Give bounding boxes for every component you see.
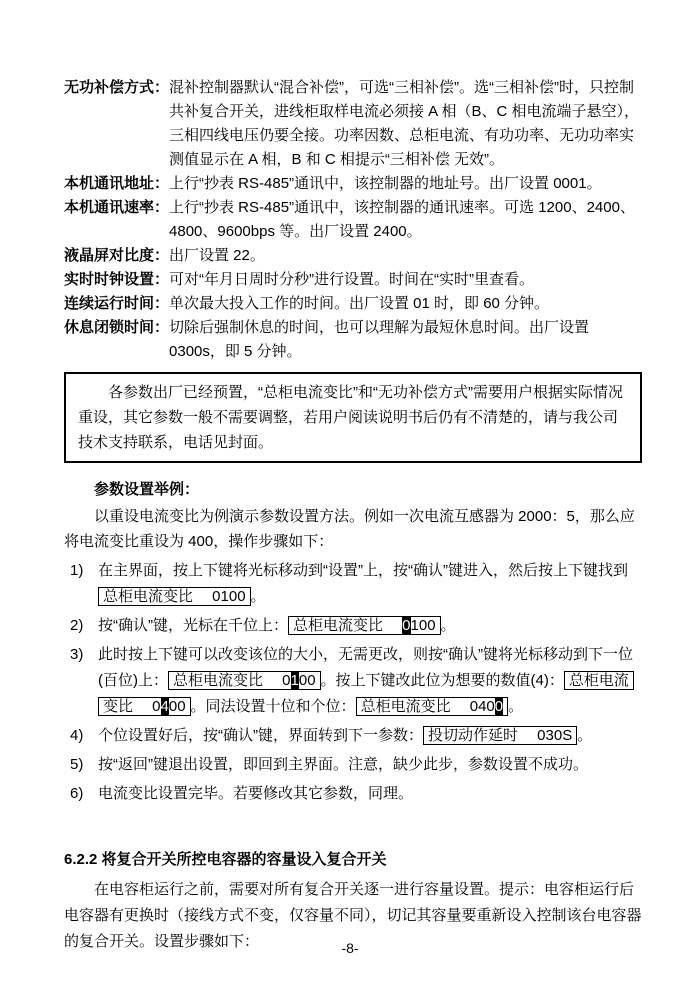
def-text: 上行“抄表 RS-485”通讯中，该控制器的通讯速率。可选 1200、2400、… — [169, 196, 642, 244]
def-text: 单次最大投入工作的时间。出厂设置 01 时，即 60 分钟。 — [169, 292, 642, 316]
definitions: 无功补偿方式：混补控制器默认“混合补偿”，可选“三相补偿”。选“三相补偿”时，只… — [64, 76, 642, 364]
step-number: 4) — [70, 723, 83, 749]
step-item: 5)按“返回”键退出设置，即回到主界面。注意，缺少此步，参数设置不成功。 — [64, 752, 642, 778]
lcd-value-text: 总柜电流变比 0 — [173, 672, 291, 689]
def-text: 上行“抄表 RS-485”通讯中，该控制器的地址号。出厂设置 0001。 — [169, 172, 642, 196]
def-label: 休息闭锁时间： — [64, 316, 169, 340]
note-text: 各参数出厂已经预置，“总柜电流变比”和“无功补偿方式”需要用户根据实际情况重设，… — [78, 384, 623, 451]
step-text: 。按上下键改此位为想要的数值(4)： — [321, 672, 564, 689]
def-label: 本机通讯速率： — [64, 196, 169, 220]
def-row: 本机通讯地址：上行“抄表 RS-485”通讯中，该控制器的地址号。出厂设置 00… — [64, 172, 642, 196]
step-number: 5) — [70, 752, 83, 778]
def-text: 混补控制器默认“混合补偿”，可选“三相补偿”。选“三相补偿”时，只控制共补复合开… — [169, 76, 642, 172]
lcd-value-box: 总柜电流 — [564, 671, 634, 690]
def-text: 出厂设置 22。 — [169, 244, 642, 268]
step-item: 4)个位设置好后，按“确认”键，界面转到下一参数：投切动作延时 030S。 — [64, 723, 642, 749]
step-text: 个位设置好后，按“确认”键，界面转到下一参数： — [98, 727, 423, 744]
inverted-digit: 0 — [402, 617, 410, 634]
def-text: 可对“年月日周时分秒”进行设置。时间在“实时”里查看。 — [169, 268, 642, 292]
lcd-value-box: 总柜电流变比 0100 — [288, 616, 441, 635]
lcd-value-box: 总柜电流变比 0100 — [98, 587, 251, 606]
def-row: 实时时钟设置：可对“年月日周时分秒”进行设置。时间在“实时”里查看。 — [64, 268, 642, 292]
lcd-value-text: 变比 0 — [103, 698, 161, 715]
step-number: 2) — [70, 613, 83, 639]
lcd-value-text: 00 — [169, 698, 186, 715]
lcd-value-text: 总柜电流 — [569, 672, 629, 689]
example-title: 参数设置举例： — [94, 477, 642, 502]
step-text: 按“返回”键退出设置，即回到主界面。注意，缺少此步，参数设置不成功。 — [98, 756, 588, 773]
lcd-value-text: 00 — [299, 672, 316, 689]
lcd-value-box: 总柜电流变比 0100 — [168, 671, 321, 690]
step-item: 6)电流变比设置完毕。若要修改其它参数，同理。 — [64, 781, 642, 807]
def-row: 连续运行时间：单次最大投入工作的时间。出厂设置 01 时，即 60 分钟。 — [64, 292, 642, 316]
step-text: 。同法设置十位和个位： — [191, 698, 356, 715]
def-label: 本机通讯地址： — [64, 172, 169, 196]
steps-list: 1)在主界面，按上下键将光标移动到“设置”上，按“确认”键进入，然后按上下键找到… — [64, 558, 642, 807]
step-text: 。 — [251, 588, 266, 605]
inverted-digit: 4 — [161, 698, 169, 715]
step-text: 在主界面，按上下键将光标移动到“设置”上，按“确认”键进入，然后按上下键找到 — [98, 562, 628, 579]
def-label: 无功补偿方式： — [64, 76, 169, 100]
step-item: 3)此时按上下键可以改变该位的大小，无需更改，则按“确认”键将光标移动到下一位(… — [64, 642, 642, 720]
step-number: 6) — [70, 781, 83, 807]
def-label: 实时时钟设置： — [64, 268, 169, 292]
step-number: 3) — [70, 642, 83, 668]
lcd-value-box: 变比 0400 — [98, 697, 191, 716]
lcd-value-text: 100 — [411, 617, 436, 634]
note-box: 各参数出厂已经预置，“总柜电流变比”和“无功补偿方式”需要用户根据实际情况重设，… — [64, 372, 642, 463]
step-item: 1)在主界面，按上下键将光标移动到“设置”上，按“确认”键进入，然后按上下键找到… — [64, 558, 642, 610]
section-heading: 6.2.2 将复合开关所控电容器的容量设入复合开关 — [64, 847, 642, 873]
step-item: 2)按“确认”键，光标在千位上：总柜电流变比 0100。 — [64, 613, 642, 639]
step-text: 电流变比设置完毕。若要修改其它参数，同理。 — [98, 785, 413, 802]
lcd-value-text: 总柜电流变比 0100 — [103, 588, 246, 605]
def-text: 切除后强制休息的时间，也可以理解为最短休息时间。出厂设置 0300s，即 5 分… — [169, 316, 642, 364]
lcd-value-text: 投切动作延时 030S — [428, 727, 572, 744]
lcd-value-text: 总柜电流变比 040 — [361, 698, 495, 715]
def-row: 无功补偿方式：混补控制器默认“混合补偿”，可选“三相补偿”。选“三相补偿”时，只… — [64, 76, 642, 172]
step-text: 。 — [441, 617, 456, 634]
manual-page: 无功补偿方式：混补控制器默认“混合补偿”，可选“三相补偿”。选“三相补偿”时，只… — [0, 0, 700, 986]
def-label: 连续运行时间： — [64, 292, 169, 316]
step-number: 1) — [70, 558, 83, 584]
lcd-value-text: 总柜电流变比 — [293, 617, 402, 634]
step-text: 按“确认”键，光标在千位上： — [98, 617, 288, 634]
def-row: 液晶屏对比度：出厂设置 22。 — [64, 244, 642, 268]
step-text: 。 — [577, 727, 592, 744]
lcd-value-box: 总柜电流变比 0400 — [356, 697, 509, 716]
example-intro: 以重设电流变比为例演示参数设置方法。例如一次电流互感器为 2000：5，那么应将… — [64, 504, 642, 554]
lcd-value-box: 投切动作延时 030S — [423, 726, 577, 745]
page-number: -8- — [0, 936, 700, 960]
def-row: 本机通讯速率：上行“抄表 RS-485”通讯中，该控制器的通讯速率。可选 120… — [64, 196, 642, 244]
step-text: 。 — [508, 698, 523, 715]
def-row: 休息闭锁时间：切除后强制休息的时间，也可以理解为最短休息时间。出厂设置 0300… — [64, 316, 642, 364]
inverted-digit: 0 — [495, 698, 503, 715]
inverted-digit: 1 — [291, 672, 299, 689]
def-label: 液晶屏对比度： — [64, 244, 169, 268]
